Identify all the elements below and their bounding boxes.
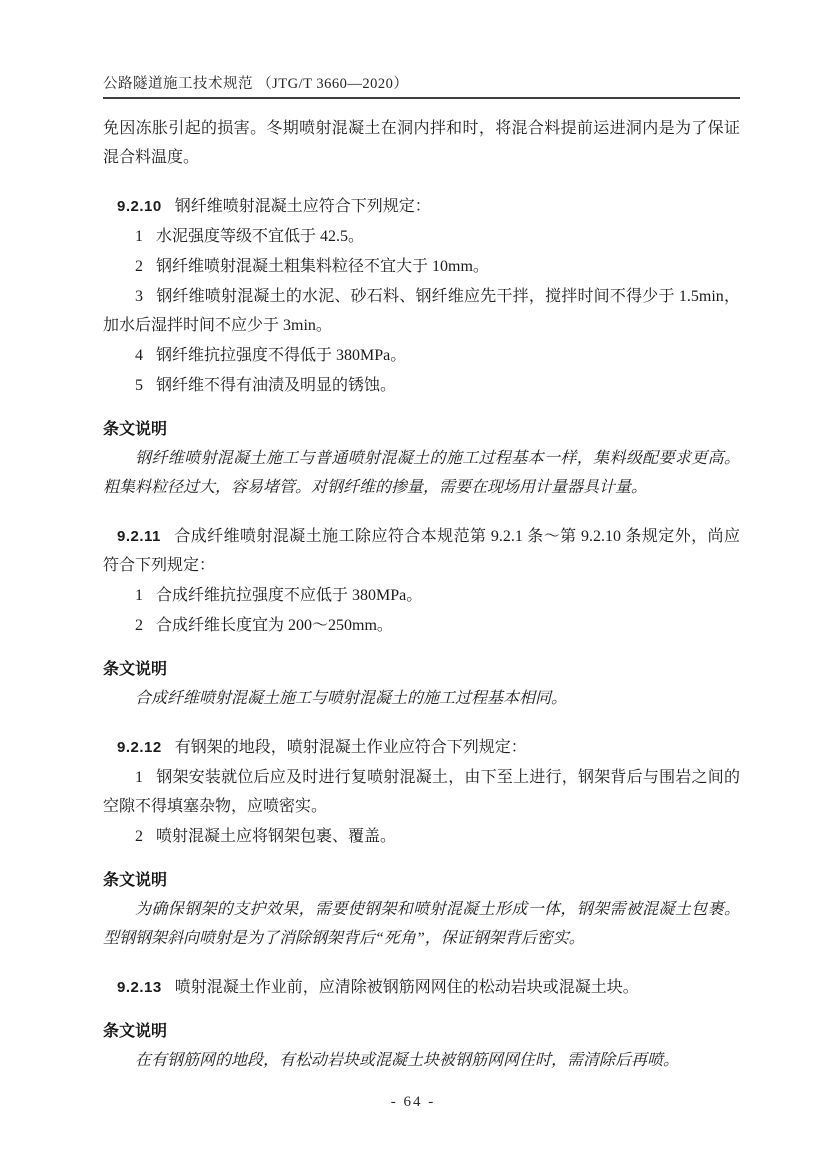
clause-9-2-12: 9.2.12有钢架的地段，喷射混凝土作业应符合下列规定： 1钢架安装就位后应及时… (103, 733, 740, 953)
item-text: 钢架安装就位后应及时进行复喷射混凝土，由下至上进行，钢架背后与围岩之间的空隙不得… (103, 769, 740, 815)
item-number: 1 (135, 769, 143, 786)
clause-number: 9.2.10 (117, 198, 162, 215)
list-item: 3钢纤维喷射混凝土的水泥、砂石料、钢纤维应先干拌，搅拌时间不得少于 1.5min… (103, 282, 740, 340)
clause-title: 有钢架的地段，喷射混凝土作业应符合下列规定： (175, 739, 527, 756)
clause-heading: 9.2.11合成纤维喷射混凝土施工除应符合本规范第 9.2.1 条～第 9.2.… (103, 522, 740, 580)
item-number: 4 (135, 347, 143, 364)
clause-heading: 9.2.12有钢架的地段，喷射混凝土作业应符合下列规定： (103, 733, 740, 762)
item-text: 钢纤维喷射混凝土的水泥、砂石料、钢纤维应先干拌，搅拌时间不得少于 1.5min，… (103, 288, 740, 334)
commentary-text: 钢纤维喷射混凝土施工与普通喷射混凝土的施工过程基本一样，集料级配要求更高。粗集料… (103, 444, 740, 502)
clause-title: 合成纤维喷射混凝土施工除应符合本规范第 9.2.1 条～第 9.2.10 条规定… (103, 528, 740, 574)
commentary-label: 条文说明 (103, 655, 740, 684)
header-rule (103, 97, 740, 99)
clause-9-2-11: 9.2.11合成纤维喷射混凝土施工除应符合本规范第 9.2.1 条～第 9.2.… (103, 522, 740, 713)
item-text: 钢纤维不得有油渍及明显的锈蚀。 (156, 377, 396, 394)
commentary-label: 条文说明 (103, 1017, 740, 1046)
list-item: 4钢纤维抗拉强度不得低于 380MPa。 (103, 341, 740, 370)
item-text: 钢纤维抗拉强度不得低于 380MPa。 (156, 347, 406, 364)
commentary-text: 为确保钢架的支护效果，需要使钢架和喷射混凝土形成一体，钢架需被混凝土包裹。型钢钢… (103, 895, 740, 953)
item-number: 1 (135, 587, 143, 604)
clause-title: 喷射混凝土作业前，应清除被钢筋网网住的松动岩块或混凝土块。 (175, 979, 639, 996)
item-text: 水泥强度等级不宜低于 42.5。 (156, 228, 364, 245)
item-text: 喷射混凝土应将钢架包裹、覆盖。 (156, 828, 396, 845)
page-number: - 64 - (391, 1094, 436, 1110)
item-number: 2 (135, 258, 143, 275)
item-text: 合成纤维抗拉强度不应低于 380MPa。 (156, 587, 422, 604)
running-header-title: 公路隧道施工技术规范 （JTG/T 3660—2020） (103, 75, 740, 93)
list-item: 2钢纤维喷射混凝土粗集料粒径不宜大于 10mm。 (103, 252, 740, 281)
clause-title: 钢纤维喷射混凝土应符合下列规定： (175, 198, 431, 215)
list-item: 5钢纤维不得有油渍及明显的锈蚀。 (103, 371, 740, 400)
clause-number: 9.2.13 (117, 979, 162, 996)
commentary-text: 在有钢筋网的地段，有松动岩块或混凝土块被钢筋网网住时，需清除后再喷。 (103, 1046, 740, 1075)
item-number: 2 (135, 617, 143, 634)
item-number: 3 (135, 288, 143, 305)
clause-9-2-13: 9.2.13喷射混凝土作业前，应清除被钢筋网网住的松动岩块或混凝土块。 条文说明… (103, 973, 740, 1075)
list-item: 1合成纤维抗拉强度不应低于 380MPa。 (103, 581, 740, 610)
clause-number: 9.2.12 (117, 739, 162, 756)
list-item: 1钢架安装就位后应及时进行复喷射混凝土，由下至上进行，钢架背后与围岩之间的空隙不… (103, 763, 740, 821)
item-number: 2 (135, 828, 143, 845)
clause-heading: 9.2.10钢纤维喷射混凝土应符合下列规定： (103, 192, 740, 221)
commentary-label: 条文说明 (103, 866, 740, 895)
item-text: 钢纤维喷射混凝土粗集料粒径不宜大于 10mm。 (156, 258, 489, 275)
item-text: 合成纤维长度宜为 200～250mm。 (156, 617, 393, 634)
clause-9-2-10: 9.2.10钢纤维喷射混凝土应符合下列规定： 1水泥强度等级不宜低于 42.5。… (103, 192, 740, 502)
item-number: 1 (135, 228, 143, 245)
intro-paragraph: 免因冻胀引起的损害。冬期喷射混凝土在洞内拌和时，将混合料提前运进洞内是为了保证混… (103, 114, 740, 172)
clause-heading: 9.2.13喷射混凝土作业前，应清除被钢筋网网住的松动岩块或混凝土块。 (103, 973, 740, 1002)
list-item: 2喷射混凝土应将钢架包裹、覆盖。 (103, 822, 740, 851)
page-footer: - 64 - (0, 1092, 826, 1112)
commentary-text: 合成纤维喷射混凝土施工与喷射混凝土的施工过程基本相同。 (103, 684, 740, 713)
list-item: 2合成纤维长度宜为 200～250mm。 (103, 611, 740, 640)
list-item: 1水泥强度等级不宜低于 42.5。 (103, 222, 740, 251)
item-number: 5 (135, 377, 143, 394)
document-page: 公路隧道施工技术规范 （JTG/T 3660—2020） 免因冻胀引起的损害。冬… (0, 0, 826, 1169)
clause-number: 9.2.11 (117, 528, 161, 545)
commentary-label: 条文说明 (103, 415, 740, 444)
